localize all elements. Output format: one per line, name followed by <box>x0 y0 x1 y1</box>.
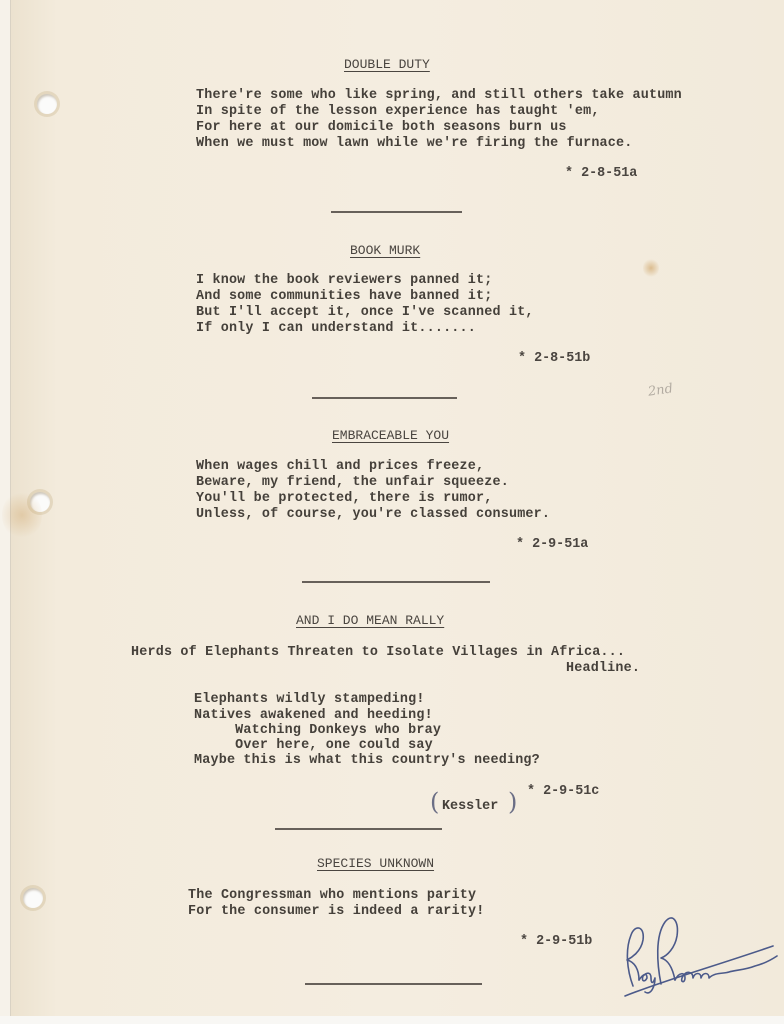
handwritten-paren-right: ) <box>508 788 517 816</box>
page-bottom-edge <box>0 1016 784 1024</box>
section-divider <box>305 983 482 985</box>
epigraph: Herds of Elephants Threaten to Isolate V… <box>131 645 625 661</box>
poem-line: For the consumer is indeed a rarity! <box>188 904 485 920</box>
poem-code: * 2-9-51c <box>527 784 599 799</box>
poem-line: Unless, of course, you're classed consum… <box>196 507 550 523</box>
poem-line: You'll be protected, there is rumor, <box>196 491 493 507</box>
poem-line: Natives awakened and heeding! <box>194 708 433 724</box>
stain-edge <box>2 490 42 540</box>
poem-line: But I'll accept it, once I've scanned it… <box>196 305 534 321</box>
poem-line: When we must mow lawn while we're firing… <box>196 136 633 152</box>
poem-line: And some communities have banned it; <box>196 289 493 305</box>
poem-title: BOOK MURK <box>350 243 420 258</box>
section-divider <box>331 211 462 213</box>
handwritten-signature: Ray Romer <box>605 900 784 1000</box>
poem-title: AND I DO MEAN RALLY <box>296 613 444 628</box>
poem-line: The Congressman who mentions parity <box>188 888 476 904</box>
poem-line: I know the book reviewers panned it; <box>196 273 493 289</box>
poem-line: There're some who like spring, and still… <box>196 88 682 104</box>
stain-spot <box>643 258 659 278</box>
epigraph-source: Headline. <box>566 661 640 677</box>
poem-line: For here at our domicile both seasons bu… <box>196 120 567 136</box>
poem-code: * 2-9-51a <box>516 537 588 552</box>
poem-title: SPECIES UNKNOWN <box>317 856 434 871</box>
poem-line: If only I can understand it....... <box>196 321 476 337</box>
handwritten-paren-left: ( <box>430 788 439 816</box>
poem-title: EMBRACEABLE YOU <box>332 428 449 443</box>
attribution: Kessler <box>442 799 498 814</box>
poem-line: Beware, my friend, the unfair squeeze. <box>196 475 509 491</box>
binder-hole-bottom <box>23 888 43 908</box>
poem-code: * 2-8-51a <box>565 166 637 181</box>
poem-title: DOUBLE DUTY <box>344 57 430 72</box>
poem-line: Maybe this is what this country's needin… <box>194 753 540 769</box>
poem-line: Watching Donkeys who bray <box>194 723 441 739</box>
poem-line: When wages chill and prices freeze, <box>196 459 484 475</box>
section-divider <box>302 581 490 583</box>
section-divider <box>312 397 457 399</box>
poem-line: Over here, one could say <box>194 738 433 754</box>
poem-line: In spite of the lesson experience has ta… <box>196 104 600 120</box>
binder-hole-top <box>37 94 57 114</box>
section-divider <box>275 828 442 830</box>
poem-code: * 2-8-51b <box>518 351 590 366</box>
poem-line: Elephants wildly stampeding! <box>194 692 425 708</box>
poem-code: * 2-9-51b <box>520 934 592 949</box>
